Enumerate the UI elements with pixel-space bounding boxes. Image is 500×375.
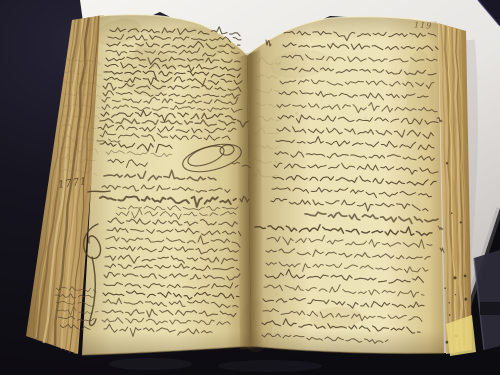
floor-reflection-left	[108, 358, 192, 370]
furniture-slot	[480, 302, 500, 315]
photo-of-open-manuscript-book: 119 1771	[0, 0, 500, 375]
book-photo-canvas	[0, 0, 500, 375]
floor-reflection-center	[218, 360, 322, 372]
